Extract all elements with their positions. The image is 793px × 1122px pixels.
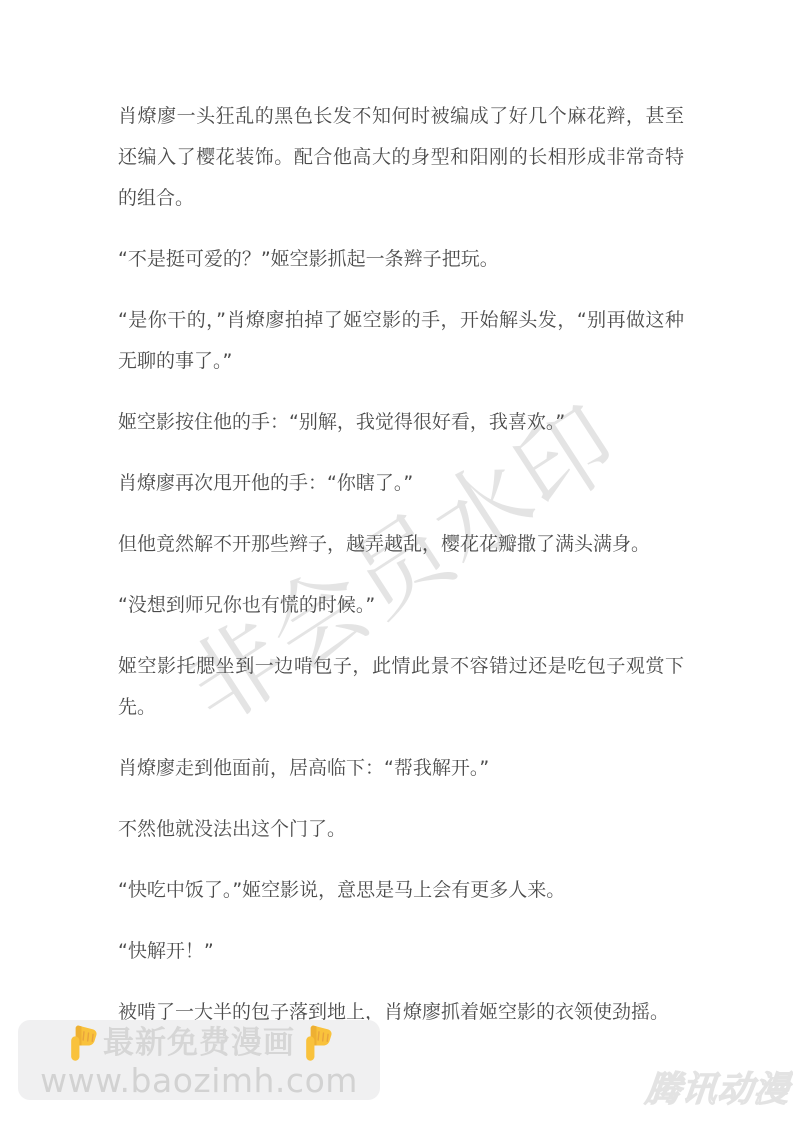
pointing-down-icon <box>300 1023 333 1063</box>
paragraph: 肖燎廖再次甩开他的手：“你瞎了。” <box>118 463 684 504</box>
chapter-text: 肖燎廖一头狂乱的黑色长发不知何时被编成了好几个麻花辫，甚至还编入了樱花装饰。配合… <box>118 96 684 1053</box>
tencent-comics-watermark: 腾讯动漫 <box>643 1062 792 1112</box>
paragraph: 姬空影托腮坐到一边啃包子，此情此景不容错过还是吃包子观赏下先。 <box>118 646 684 728</box>
paragraph: 肖燎廖走到他面前，居高临下：“帮我解开。” <box>118 748 684 789</box>
site-url[interactable]: www.baozimh.com <box>40 1064 358 1097</box>
paragraph: “没想到师兄你也有慌的时候。” <box>118 585 684 626</box>
paragraph: “快吃中饭了。”姬空影说，意思是马上会有更多人来。 <box>118 870 684 911</box>
pointing-down-icon <box>65 1023 98 1063</box>
promo-banner-title-row: 最新免费漫画 <box>65 1023 333 1063</box>
promo-banner-title: 最新免费漫画 <box>103 1028 295 1059</box>
paragraph: “是你干的，”肖燎廖拍掉了姬空影的手，开始解头发，“别再做这种无聊的事了。” <box>118 300 684 382</box>
paragraph: “不是挺可爱的？”姬空影抓起一条辫子把玩。 <box>118 239 684 280</box>
paragraph: 肖燎廖一头狂乱的黑色长发不知何时被编成了好几个麻花辫，甚至还编入了樱花装饰。配合… <box>118 96 684 219</box>
paragraph: 但他竟然解不开那些辫子，越弄越乱，樱花花瓣撒了满头满身。 <box>118 524 684 565</box>
site-promo-banner[interactable]: 最新免费漫画 www.baozimh.com <box>18 1020 380 1100</box>
paragraph: 姬空影按住他的手：“别解，我觉得很好看，我喜欢。” <box>118 402 684 443</box>
paragraph: “快解开！” <box>118 931 684 972</box>
paragraph: 不然他就没法出这个门了。 <box>118 809 684 850</box>
novel-chapter-page: 非会员水印 肖燎廖一头狂乱的黑色长发不知何时被编成了好几个麻花辫，甚至还编入了樱… <box>0 0 793 1122</box>
